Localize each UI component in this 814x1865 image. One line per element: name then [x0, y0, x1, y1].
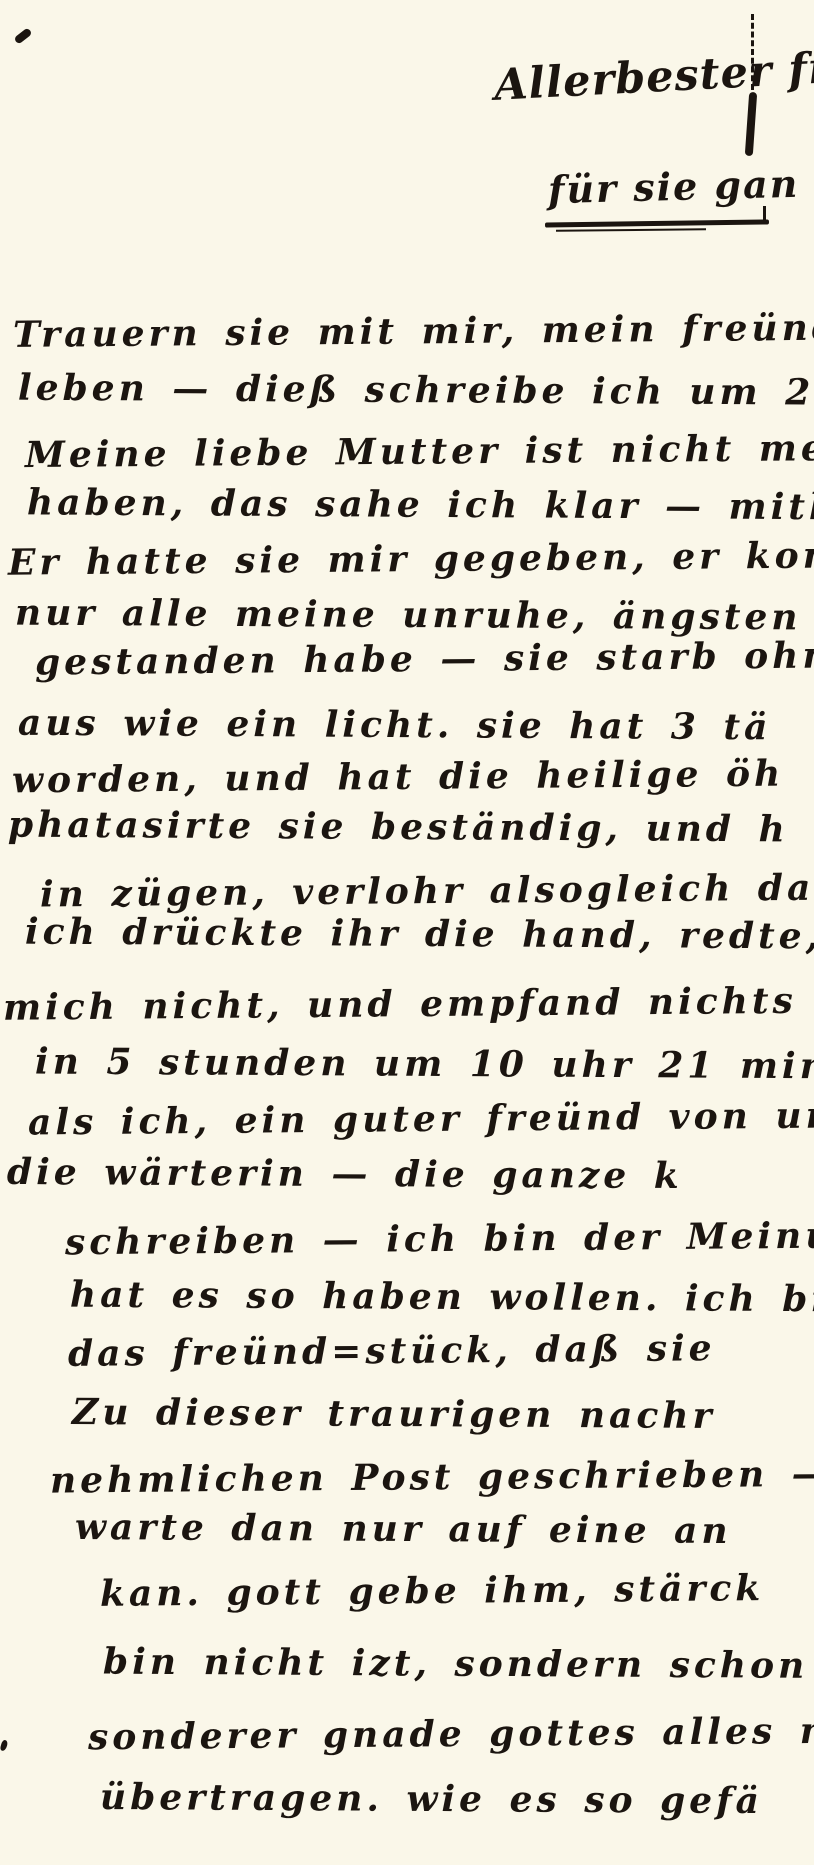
salutation-line: Allerbester fr: [493, 43, 814, 111]
letter-line: worden, und hat die heilige öh: [12, 751, 785, 804]
letter-page: Allerbester fr für sie gan Trauern sie m…: [0, 0, 814, 1865]
letter-line: nur alle meine unruhe, ängsten: [15, 590, 802, 641]
ink-mark-left-margin: [0, 1739, 8, 1751]
letter-line: Er hatte sie mir gegeben, er kont: [8, 532, 814, 585]
letter-line: leben — dieß schreibe ich um 2 uhr nacht…: [18, 365, 814, 418]
letter-line: aus wie ein licht. sie hat 3 tä: [18, 700, 772, 751]
letter-line: als ich, ein guter freünd von un: [28, 1092, 814, 1145]
letter-line: ich drückte ihr die hand, redte,: [25, 909, 814, 960]
letter-line: übertragen. wie es so gefä: [100, 1774, 763, 1824]
letter-line: sonderer gnade gottes alles m: [88, 1708, 814, 1761]
letter-line: bin nicht izt, sondern schon lan: [103, 1639, 814, 1690]
letter-line: die wärterin — die ganze k: [7, 1149, 683, 1199]
letter-line: hat es so haben wollen. ich bit: [70, 1272, 814, 1323]
letter-line: haben, das sahe ich klar — mithin: [27, 479, 814, 530]
ink-blob-right-edge: [745, 92, 757, 156]
letter-line: nehmlichen Post geschrieben — .: [50, 1450, 814, 1503]
letter-line: Trauern sie mit mir, mein freünd! -: [13, 304, 814, 358]
letter-line: Meine liebe Mutter ist nicht mehr! —: [25, 424, 814, 478]
letter-line: in 5 stunden um 10 uhr 21 minu: [35, 1038, 814, 1089]
letter-line: warte dan nur auf eine an: [75, 1504, 732, 1554]
dedication-underline: [545, 219, 769, 227]
letter-line: das freünd=stück, daß sie: [68, 1325, 716, 1377]
dedication-line: für sie gan: [547, 161, 799, 213]
dedication-underline-second-stroke: [556, 228, 706, 232]
ink-mark-top-left: [13, 27, 32, 44]
dedication-underline-tick: [763, 206, 766, 224]
letter-line: mich nicht, und empfand nichts —: [3, 977, 814, 1030]
letter-line: Zu dieser traurigen nachr: [72, 1389, 716, 1439]
letter-line: gestanden habe — sie starb ohn: [35, 633, 814, 686]
letter-line: schreiben — ich bin der Meinu: [65, 1213, 814, 1266]
letter-line: kan. gott gebe ihm, stärck: [100, 1565, 765, 1617]
letter-line: phatasirte sie beständig, und h: [8, 802, 789, 853]
